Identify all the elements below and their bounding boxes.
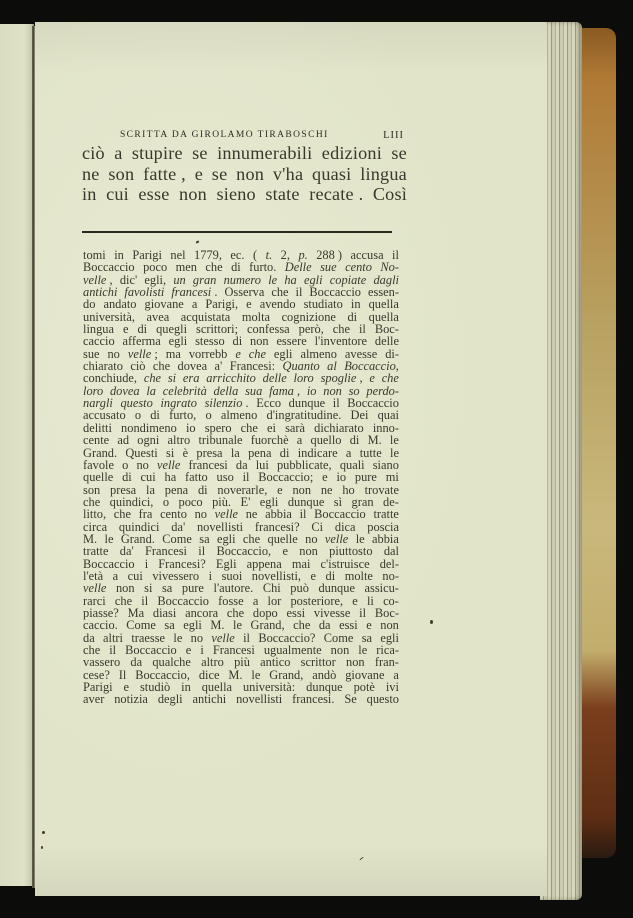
word: novellisti: [236, 693, 282, 705]
word: son: [108, 164, 134, 185]
word: ne: [82, 164, 100, 185]
book-binding: [578, 28, 616, 858]
word: e: [195, 164, 203, 185]
word: a: [114, 143, 122, 164]
word: se: [212, 164, 228, 185]
word: notizia: [114, 693, 148, 705]
paper-speck: [42, 831, 45, 834]
footnote-line: cese?IlBoccaccio,diceM.leGrand,andògiova…: [83, 669, 399, 681]
word: è: [183, 447, 189, 459]
footnote-line: università,aveaacquistatamoltacognizione…: [83, 311, 399, 323]
page-number: LIII: [383, 130, 404, 141]
word: degli: [158, 693, 183, 705]
main-text-block: ciòastupireseinnumerabiliedizioniseneson…: [82, 143, 407, 205]
word: stupire: [132, 143, 183, 164]
paper-speck: [41, 846, 43, 849]
word: se: [391, 143, 407, 164]
book-scan: Scritta da Girolamo Tiraboschi LIII ciòa…: [0, 0, 633, 918]
running-head-title: Scritta da Girolamo Tiraboschi: [120, 130, 329, 141]
footnote-line: avernotiziadegliantichinovellistifrances…: [83, 693, 399, 705]
word: francesi.: [292, 693, 334, 705]
word: cui: [106, 184, 129, 205]
word: v'ha: [273, 164, 303, 185]
main-text-line: ciòastupireseinnumerabiliedizionise: [82, 143, 407, 164]
word: questo: [367, 693, 399, 705]
word: e: [352, 595, 358, 607]
word: il: [300, 508, 307, 520]
gutter-fold: [32, 26, 35, 888]
previous-page-edge: [0, 24, 34, 886]
word: il: [296, 286, 303, 298]
main-text-line: incuiessenonsienostaterecate .Così: [82, 184, 407, 205]
word: state: [265, 184, 299, 205]
running-head: Scritta da Girolamo Tiraboschi LIII: [120, 130, 404, 141]
word: e: [282, 545, 288, 557]
word: Se: [344, 693, 356, 705]
word: innumerabili: [217, 143, 312, 164]
main-text-line: nesonfatte ,esenonv'haquasilingua: [82, 164, 407, 185]
word: non: [179, 184, 207, 205]
word: li: [367, 595, 374, 607]
word: antichi: [193, 693, 227, 705]
word: ciò: [82, 143, 105, 164]
footnote-separator-rule: [82, 231, 392, 233]
word: esse: [138, 184, 169, 205]
word: recate .: [309, 184, 363, 205]
word: i: [145, 558, 148, 570]
word: Così: [373, 184, 407, 205]
word: aver: [83, 693, 104, 705]
word: non: [236, 164, 264, 185]
word: e: [311, 570, 317, 582]
word: edizioni: [322, 143, 382, 164]
word: sieno: [216, 184, 255, 205]
word: in: [82, 184, 97, 205]
paper-speck: [430, 620, 433, 624]
footnote-block: tomiinPariginel1779,ec.(t.2,p.288 )accus…: [83, 249, 399, 706]
word: fatte ,: [143, 164, 186, 185]
word: il: [359, 607, 366, 619]
word: i: [209, 570, 212, 582]
word: se: [192, 143, 208, 164]
word: quasi: [312, 164, 351, 185]
word: lingua: [360, 164, 407, 185]
